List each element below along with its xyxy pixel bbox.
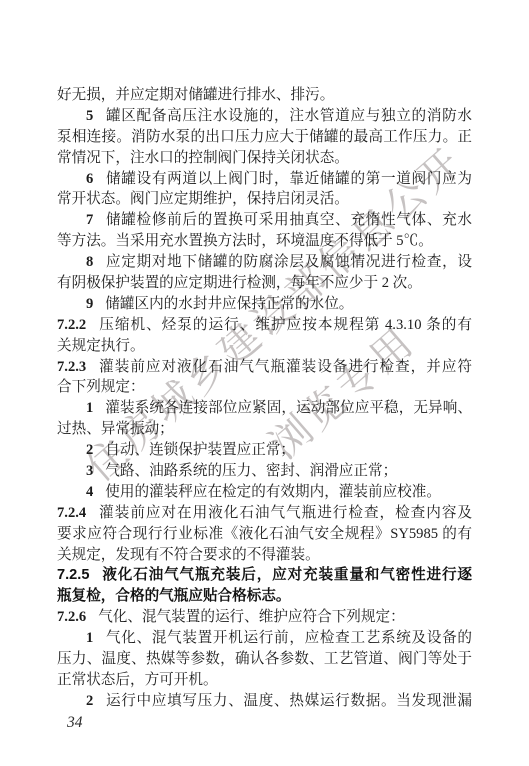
line-text: 关规定，发现有不符合要求的不得灌装。	[57, 547, 320, 563]
text-line: 泵相连接。消防水泵的出口压力应大于储罐的最高工作压力。正	[57, 127, 472, 148]
clause-number: 8	[86, 254, 93, 270]
line-text: 灌装前应对在用液化石油气气瓶进行检查，检查内容及	[98, 505, 472, 521]
text-line: 7.2.4灌装前应对在用液化石油气气瓶进行检查，检查内容及	[57, 503, 472, 524]
line-text: 使用的灌装秤应在检定的有效期内，灌装前应校准。	[105, 484, 441, 500]
text-line: 关规定，发现有不符合要求的不得灌装。	[57, 545, 472, 566]
clause-number: 1	[86, 400, 93, 416]
clause-number: 1	[86, 630, 93, 646]
line-text: 合下列规定：	[57, 379, 145, 395]
text-line: 7储罐检修前后的置换可采用抽真空、充惰性气体、充水	[57, 210, 472, 231]
text-line: 压力、温度、热媒等参数，确认各参数、工艺管道、阀门等处于	[57, 649, 472, 670]
text-line: 过热、异常振动；	[57, 419, 472, 440]
text-line: 等方法。当采用充水置换方法时，环境温度不得低于 5℃。	[57, 231, 472, 252]
line-text: 常开状态。阀门应定期维护，保持启闭灵活。	[57, 191, 349, 207]
clause-number: 5	[86, 108, 93, 124]
text-line: 3气路、油路系统的压力、密封、润滑应正常；	[57, 461, 472, 482]
clause-number: 3	[86, 463, 93, 479]
line-text: 过热、异常振动；	[57, 421, 174, 437]
line-text: 灌装前应对液化石油气气瓶灌装设备进行检查，并应符	[98, 359, 472, 375]
body-text: 好无损，并应定期对储罐进行排水、排污。5罐区配备高压注水设施的，注水管道应与独立…	[57, 85, 472, 712]
text-line: 合下列规定：	[57, 377, 472, 398]
text-line: 7.2.3灌装前应对液化石油气气瓶灌装设备进行检查，并应符	[57, 357, 472, 378]
line-text: 气化、混气装置开机运行前，应检查工艺系统及设备的	[105, 630, 472, 646]
text-line: 有阴极保护装置的应定期进行检测，每年不应少于 2 次。	[57, 273, 472, 294]
text-line: 正常状态后，方可开机。	[57, 670, 472, 691]
page-number: 34	[67, 714, 83, 732]
line-text: 瓶复检，合格的气瓶应贴合格标志。	[57, 588, 291, 604]
clause-number: 7.2.4	[57, 505, 86, 521]
clause-number: 4	[86, 484, 93, 500]
line-text: 自动、连锁保护装置应正常；	[105, 442, 295, 458]
clause-number: 7.2.5	[57, 567, 89, 583]
line-text: 要求应符合现行行业标准《液化石油气安全规程》SY5985 的有	[57, 526, 472, 542]
text-line: 瓶复检，合格的气瓶应贴合格标志。	[57, 586, 472, 607]
text-line: 9储罐区内的水封井应保持正常的水位。	[57, 294, 472, 315]
line-text: 应定期对地下储罐的防腐涂层及腐蚀情况进行检查，设	[105, 254, 472, 270]
clause-number: 2	[86, 442, 93, 458]
clause-number: 9	[86, 296, 93, 312]
line-text: 储罐检修前后的置换可采用抽真空、充惰性气体、充水	[105, 212, 472, 228]
text-line: 2运行中应填写压力、温度、热媒运行数据。当发现泄漏	[57, 691, 472, 712]
line-text: 灌装系统各连接部位应紧固，运动部位应平稳，无异响、	[105, 400, 472, 416]
document-page: 住房城乡建设部信息公开 浏览专用 好无损，并应定期对储罐进行排水、排污。5罐区配…	[0, 0, 529, 766]
line-text: 等方法。当采用充水置换方法时，环境温度不得低于 5℃。	[57, 233, 433, 249]
clause-number: 7.2.3	[57, 359, 86, 375]
text-line: 5罐区配备高压注水设施的，注水管道应与独立的消防水	[57, 106, 472, 127]
text-line: 2自动、连锁保护装置应正常；	[57, 440, 472, 461]
line-text: 液化石油气气瓶充装后，应对充装重量和气密性进行逐	[101, 567, 472, 583]
line-text: 压缩机、烃泵的运行、维护应按本规程第 4.3.10 条的有	[98, 317, 472, 333]
text-line: 要求应符合现行行业标准《液化石油气安全规程》SY5985 的有	[57, 524, 472, 545]
line-text: 压力、温度、热媒等参数，确认各参数、工艺管道、阀门等处于	[57, 651, 472, 667]
line-text: 气路、油路系统的压力、密封、润滑应正常；	[105, 463, 397, 479]
line-text: 运行中应填写压力、温度、热媒运行数据。当发现泄漏	[105, 693, 472, 709]
text-line: 常开状态。阀门应定期维护，保持启闭灵活。	[57, 189, 472, 210]
text-line: 7.2.5液化石油气气瓶充装后，应对充装重量和气密性进行逐	[57, 565, 472, 586]
line-text: 储罐区内的水封井应保持正常的水位。	[105, 296, 353, 312]
line-text: 泵相连接。消防水泵的出口压力应大于储罐的最高工作压力。正	[57, 129, 472, 145]
clause-number: 2	[86, 693, 93, 709]
line-text: 有阴极保护装置的应定期进行检测，每年不应少于 2 次。	[57, 275, 422, 291]
text-line: 常情况下，注水口的控制阀门保持关闭状态。	[57, 148, 472, 169]
text-line: 1气化、混气装置开机运行前，应检查工艺系统及设备的	[57, 628, 472, 649]
clause-number: 6	[86, 171, 93, 187]
clause-number: 7	[86, 212, 93, 228]
text-line: 关规定执行。	[57, 336, 472, 357]
line-text: 气化、混气装置的运行、维护应符合下列规定：	[98, 609, 404, 625]
line-text: 关规定执行。	[57, 338, 145, 354]
line-text: 罐区配备高压注水设施的，注水管道应与独立的消防水	[105, 108, 472, 124]
text-line: 7.2.2压缩机、烃泵的运行、维护应按本规程第 4.3.10 条的有	[57, 315, 472, 336]
clause-number: 7.2.6	[57, 609, 86, 625]
line-text: 常情况下，注水口的控制阀门保持关闭状态。	[57, 150, 349, 166]
text-line: 6储罐设有两道以上阀门时，靠近储罐的第一道阀门应为	[57, 169, 472, 190]
text-line: 8应定期对地下储罐的防腐涂层及腐蚀情况进行检查，设	[57, 252, 472, 273]
text-line: 4使用的灌装秤应在检定的有效期内，灌装前应校准。	[57, 482, 472, 503]
text-line: 7.2.6气化、混气装置的运行、维护应符合下列规定：	[57, 607, 472, 628]
line-text: 储罐设有两道以上阀门时，靠近储罐的第一道阀门应为	[105, 171, 472, 187]
line-text: 好无损，并应定期对储罐进行排水、排污。	[57, 87, 334, 103]
text-line: 1灌装系统各连接部位应紧固，运动部位应平稳，无异响、	[57, 398, 472, 419]
text-line: 好无损，并应定期对储罐进行排水、排污。	[57, 85, 472, 106]
clause-number: 7.2.2	[57, 317, 86, 333]
line-text: 正常状态后，方可开机。	[57, 672, 218, 688]
